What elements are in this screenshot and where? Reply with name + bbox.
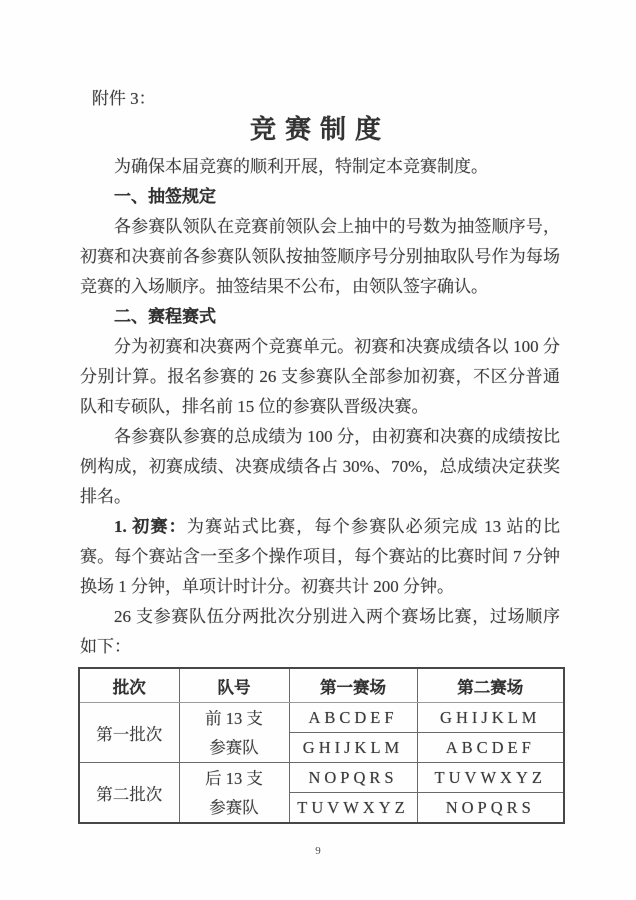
batch-2-teams-line1: 后 13 支 — [180, 764, 289, 793]
batch-1-teams-line1: 前 13 支 — [180, 704, 289, 733]
batch-2-pass-2-venue-1: TUVWXYZ — [289, 793, 417, 824]
header-venue-1: 第一赛场 — [289, 668, 417, 703]
batch-2-label: 第二批次 — [79, 763, 179, 824]
batch-2-pass-2-venue-2: NOPQRS — [417, 793, 564, 824]
section1-body: 各参赛队领队在竞赛前领队会上抽中的号数为抽签顺序号，初赛和决赛前各参赛队领队按抽… — [80, 212, 560, 302]
document-page: 附件 3： 竞赛制度 为确保本届竞赛的顺利开展，特制定本竞赛制度。 一、抽签规定… — [0, 0, 636, 900]
page-number: 9 — [0, 845, 636, 857]
batch-1-pass-2-venue-1: GHIJKLM — [289, 733, 417, 763]
batch-2-pass-1-venue-2: TUVWXYZ — [417, 763, 564, 793]
batch-1-pass-1-venue-2: GHIJKLM — [417, 703, 564, 733]
schedule-table: 批次 队号 第一赛场 第二赛场 第一批次 前 13 支 参赛队 ABCDEF G… — [78, 667, 565, 824]
header-venue-2: 第二赛场 — [417, 668, 564, 703]
prelim-paragraph: 1. 初赛：为赛站式比赛，每个参赛队必须完成 13 站的比赛。每个赛站含一至多个… — [80, 512, 560, 602]
batch-2-teams: 后 13 支 参赛队 — [179, 763, 289, 824]
intro-paragraph: 为确保本届竞赛的顺利开展，特制定本竞赛制度。 — [80, 152, 560, 182]
section2-paragraph-4: 26 支参赛队伍分两批次分别进入两个赛场比赛，过场顺序如下： — [80, 602, 560, 662]
section2-paragraph-2: 各参赛队参赛的总成绩为 100 分，由初赛和决赛的成绩按比例构成，初赛成绩、决赛… — [80, 422, 560, 512]
header-batch: 批次 — [79, 668, 179, 703]
document-title: 竞赛制度 — [80, 114, 560, 146]
batch-2-pass-1-venue-1: NOPQRS — [289, 763, 417, 793]
attachment-label: 附件 3： — [80, 86, 560, 112]
header-team-number: 队号 — [179, 668, 289, 703]
section1-heading: 一、抽签规定 — [80, 182, 560, 212]
batch-1-pass-2-venue-2: ABCDEF — [417, 733, 564, 763]
section2-paragraph-1: 分为初赛和决赛两个竞赛单元。初赛和决赛成绩各以 100 分分别计算。报名参赛的 … — [80, 332, 560, 422]
batch-1-teams-line2: 参赛队 — [180, 733, 289, 762]
table-row: 第一批次 前 13 支 参赛队 ABCDEF GHIJKLM — [79, 703, 564, 733]
table-row: 第二批次 后 13 支 参赛队 NOPQRS TUVWXYZ — [79, 763, 564, 793]
batch-1-teams: 前 13 支 参赛队 — [179, 703, 289, 763]
section2-heading: 二、赛程赛式 — [80, 302, 560, 332]
prelim-label: 1. 初赛： — [114, 517, 187, 536]
batch-1-pass-1-venue-1: ABCDEF — [289, 703, 417, 733]
batch-2-teams-line2: 参赛队 — [180, 793, 289, 822]
batch-1-label: 第一批次 — [79, 703, 179, 763]
table-header-row: 批次 队号 第一赛场 第二赛场 — [79, 668, 564, 703]
